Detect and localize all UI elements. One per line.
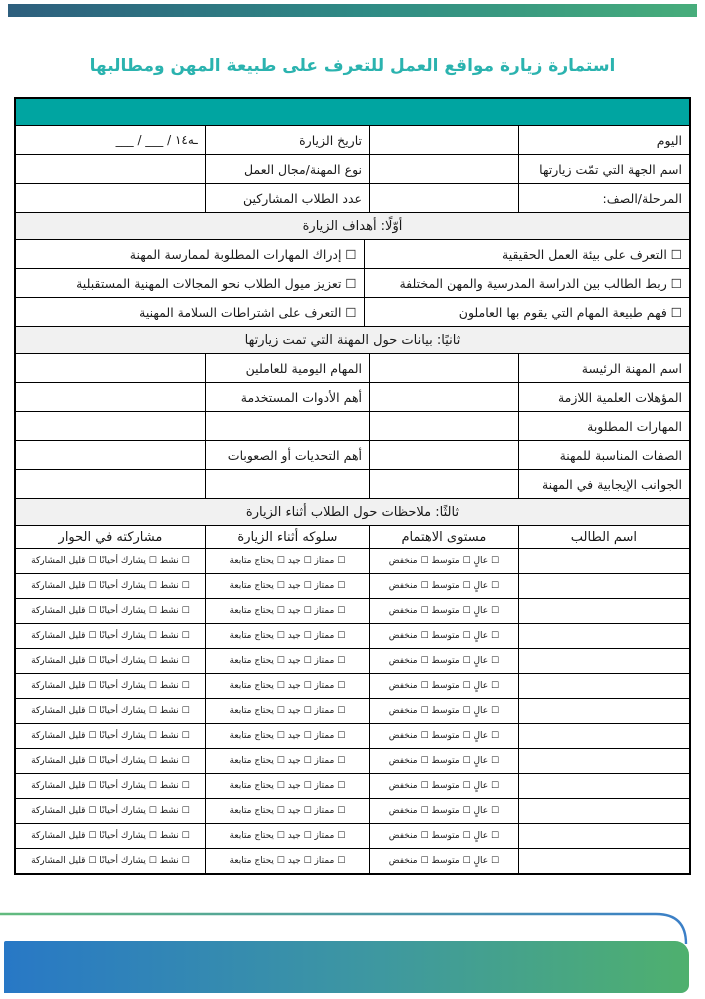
student-name-field[interactable] (519, 749, 689, 773)
form-table: اليوم تاريخ الزيارة ___ / ___ / ١٤هـ اسم… (14, 97, 691, 875)
behavior-options-cell[interactable]: ☐ ممتاز ☐ جيد ☐ يحتاج متابعة (206, 674, 370, 698)
day-value-field[interactable] (370, 126, 519, 154)
interest-options-cell[interactable]: ☐ عالٍ ☐ متوسط ☐ منخفض (370, 599, 519, 623)
profession-row-4: الصفات المناسبة للمهنة أهم التحديات أو ا… (16, 440, 689, 469)
page-title: استمارة زيارة مواقع العمل للتعرف على طبي… (0, 56, 705, 76)
student-name-field[interactable] (519, 849, 689, 873)
participation-options-cell[interactable]: ☐ نشط ☐ يشارك أحيانًا ☐ قليل المشاركة (16, 624, 206, 648)
student-row: ☐ عالٍ ☐ متوسط ☐ منخفض ☐ ممتاز ☐ جيد ☐ ي… (16, 548, 689, 573)
behavior-options-cell[interactable]: ☐ ممتاز ☐ جيد ☐ يحتاج متابعة (206, 699, 370, 723)
interest-options-cell[interactable]: ☐ عالٍ ☐ متوسط ☐ منخفض (370, 574, 519, 598)
interest-options-cell[interactable]: ☐ عالٍ ☐ متوسط ☐ منخفض (370, 774, 519, 798)
student-row: ☐ عالٍ ☐ متوسط ☐ منخفض ☐ ممتاز ☐ جيد ☐ ي… (16, 598, 689, 623)
info-row-entity-profession: اسم الجهة التي تمّت زيارتها نوع المهنة/م… (16, 154, 689, 183)
participation-options-cell[interactable]: ☐ نشط ☐ يشارك أحيانًا ☐ قليل المشاركة (16, 849, 206, 873)
student-row: ☐ عالٍ ☐ متوسط ☐ منخفض ☐ ممتاز ☐ جيد ☐ ي… (16, 848, 689, 873)
behavior-options-cell[interactable]: ☐ ممتاز ☐ جيد ☐ يحتاج متابعة (206, 649, 370, 673)
student-row: ☐ عالٍ ☐ متوسط ☐ منخفض ☐ ممتاز ☐ جيد ☐ ي… (16, 748, 689, 773)
profession-row-5: الجوانب الإيجابية في المهنة (16, 469, 689, 498)
section-header-profession-data: ثانيًا: بيانات حول المهنة التي تمت زيارت… (16, 326, 689, 353)
behavior-options-cell[interactable]: ☐ ممتاز ☐ جيد ☐ يحتاج متابعة (206, 624, 370, 648)
behavior-header: سلوكه أثناء الزيارة (206, 526, 370, 548)
participation-options-cell[interactable]: ☐ نشط ☐ يشارك أحيانًا ☐ قليل المشاركة (16, 824, 206, 848)
interest-level-header: مستوى الاهتمام (370, 526, 519, 548)
challenges-label: أهم التحديات أو الصعوبات (206, 441, 370, 469)
behavior-options-cell[interactable]: ☐ ممتاز ☐ جيد ☐ يحتاج متابعة (206, 549, 370, 573)
behavior-options-cell[interactable]: ☐ ممتاز ☐ جيد ☐ يحتاج متابعة (206, 574, 370, 598)
daily-tasks-label: المهام اليومية للعاملين (206, 354, 370, 382)
empty-value-field[interactable] (16, 470, 206, 498)
interest-options-cell[interactable]: ☐ عالٍ ☐ متوسط ☐ منخفض (370, 674, 519, 698)
participation-options-cell[interactable]: ☐ نشط ☐ يشارك أحيانًا ☐ قليل المشاركة (16, 649, 206, 673)
participation-options-cell[interactable]: ☐ نشط ☐ يشارك أحيانًا ☐ قليل المشاركة (16, 574, 206, 598)
behavior-options-cell[interactable]: ☐ ممتاز ☐ جيد ☐ يحتاج متابعة (206, 724, 370, 748)
empty-value-field[interactable] (16, 412, 206, 440)
daily-tasks-field[interactable] (16, 354, 206, 382)
qualifications-field[interactable] (370, 383, 519, 411)
interest-options-cell[interactable]: ☐ عالٍ ☐ متوسط ☐ منخفض (370, 699, 519, 723)
student-name-field[interactable] (519, 624, 689, 648)
visit-date-label: تاريخ الزيارة (206, 126, 370, 154)
tools-field[interactable] (16, 383, 206, 411)
student-name-field[interactable] (519, 574, 689, 598)
interest-options-cell[interactable]: ☐ عالٍ ☐ متوسط ☐ منخفض (370, 724, 519, 748)
participation-options-cell[interactable]: ☐ نشط ☐ يشارك أحيانًا ☐ قليل المشاركة (16, 599, 206, 623)
footer-gradient-bar (4, 941, 689, 993)
student-name-field[interactable] (519, 824, 689, 848)
qualifications-label: المؤهلات العلمية اللازمة (519, 383, 689, 411)
student-name-field[interactable] (519, 549, 689, 573)
student-name-field[interactable] (519, 649, 689, 673)
behavior-options-cell[interactable]: ☐ ممتاز ☐ جيد ☐ يحتاج متابعة (206, 749, 370, 773)
suitable-traits-label: الصفات المناسبة للمهنة (519, 441, 689, 469)
interest-options-cell[interactable]: ☐ عالٍ ☐ متوسط ☐ منخفض (370, 649, 519, 673)
participation-options-cell[interactable]: ☐ نشط ☐ يشارك أحيانًا ☐ قليل المشاركة (16, 549, 206, 573)
profession-row-3: المهارات المطلوبة (16, 411, 689, 440)
student-name-field[interactable] (519, 774, 689, 798)
behavior-options-cell[interactable]: ☐ ممتاز ☐ جيد ☐ يحتاج متابعة (206, 774, 370, 798)
empty-label-cell (206, 412, 370, 440)
participation-options-cell[interactable]: ☐ نشط ☐ يشارك أحيانًا ☐ قليل المشاركة (16, 674, 206, 698)
profession-type-field[interactable] (16, 155, 206, 183)
info-row-day-date: اليوم تاريخ الزيارة ___ / ___ / ١٤هـ (16, 125, 689, 154)
visit-date-field[interactable]: ___ / ___ / ١٤هـ (16, 126, 206, 154)
participants-count-label: عدد الطلاب المشاركين (206, 184, 370, 212)
main-profession-field[interactable] (370, 354, 519, 382)
students-rows: ☐ عالٍ ☐ متوسط ☐ منخفض ☐ ممتاز ☐ جيد ☐ ي… (16, 548, 689, 873)
participation-options-cell[interactable]: ☐ نشط ☐ يشارك أحيانًا ☐ قليل المشاركة (16, 799, 206, 823)
goal-option-link-study-professions[interactable]: ☐ ربط الطالب بين الدراسة المدرسية والمهن… (365, 269, 689, 297)
required-skills-label: المهارات المطلوبة (519, 412, 689, 440)
goal-option-required-skills[interactable]: ☐ إدراك المهارات المطلوبة لممارسة المهنة (16, 240, 365, 268)
behavior-options-cell[interactable]: ☐ ممتاز ☐ جيد ☐ يحتاج متابعة (206, 799, 370, 823)
tools-label: أهم الأدوات المستخدمة (206, 383, 370, 411)
section-header-student-notes: ثالثًا: ملاحظات حول الطلاب أثناء الزيارة (16, 498, 689, 525)
goal-option-work-environment[interactable]: ☐ التعرف على بيئة العمل الحقيقية (365, 240, 689, 268)
positive-aspects-field[interactable] (370, 470, 519, 498)
visited-entity-label: اسم الجهة التي تمّت زيارتها (519, 155, 689, 183)
student-row: ☐ عالٍ ☐ متوسط ☐ منخفض ☐ ممتاز ☐ جيد ☐ ي… (16, 823, 689, 848)
goals-row-1: ☐ التعرف على بيئة العمل الحقيقية ☐ إدراك… (16, 239, 689, 268)
student-row: ☐ عالٍ ☐ متوسط ☐ منخفض ☐ ممتاز ☐ جيد ☐ ي… (16, 673, 689, 698)
interest-options-cell[interactable]: ☐ عالٍ ☐ متوسط ☐ منخفض (370, 749, 519, 773)
interest-options-cell[interactable]: ☐ عالٍ ☐ متوسط ☐ منخفض (370, 849, 519, 873)
goals-row-2: ☐ ربط الطالب بين الدراسة المدرسية والمهن… (16, 268, 689, 297)
student-row: ☐ عالٍ ☐ متوسط ☐ منخفض ☐ ممتاز ☐ جيد ☐ ي… (16, 723, 689, 748)
profession-row-1: اسم المهنة الرئيسة المهام اليومية للعامل… (16, 353, 689, 382)
interest-options-cell[interactable]: ☐ عالٍ ☐ متوسط ☐ منخفض (370, 624, 519, 648)
goal-option-future-fields[interactable]: ☐ تعزيز ميول الطلاب نحو المجالات المهنية… (16, 269, 365, 297)
required-skills-field[interactable] (370, 412, 519, 440)
student-name-field[interactable] (519, 674, 689, 698)
participation-options-cell[interactable]: ☐ نشط ☐ يشارك أحيانًا ☐ قليل المشاركة (16, 749, 206, 773)
day-label: اليوم (519, 126, 689, 154)
student-row: ☐ عالٍ ☐ متوسط ☐ منخفض ☐ ممتاز ☐ جيد ☐ ي… (16, 773, 689, 798)
student-name-field[interactable] (519, 799, 689, 823)
grade-field[interactable] (370, 184, 519, 212)
empty-label-cell (206, 470, 370, 498)
hijri-date-placeholder: ___ / ___ / ١٤هـ (116, 133, 198, 147)
behavior-options-cell[interactable]: ☐ ممتاز ☐ جيد ☐ يحتاج متابعة (206, 849, 370, 873)
participants-count-field[interactable] (16, 184, 206, 212)
interest-options-cell[interactable]: ☐ عالٍ ☐ متوسط ☐ منخفض (370, 824, 519, 848)
student-name-field[interactable] (519, 699, 689, 723)
main-profession-label: اسم المهنة الرئيسة (519, 354, 689, 382)
positive-aspects-label: الجوانب الإيجابية في المهنة (519, 470, 689, 498)
visited-entity-field[interactable] (370, 155, 519, 183)
goals-row-3: ☐ فهم طبيعة المهام التي يقوم بها العاملو… (16, 297, 689, 326)
goal-option-safety-requirements[interactable]: ☐ التعرف على اشتراطات السلامة المهنية (16, 298, 365, 326)
student-name-header: اسم الطالب (519, 526, 689, 548)
top-accent-bar (8, 4, 697, 17)
behavior-options-cell[interactable]: ☐ ممتاز ☐ جيد ☐ يحتاج متابعة (206, 824, 370, 848)
student-row: ☐ عالٍ ☐ متوسط ☐ منخفض ☐ ممتاز ☐ جيد ☐ ي… (16, 623, 689, 648)
interest-options-cell[interactable]: ☐ عالٍ ☐ متوسط ☐ منخفض (370, 549, 519, 573)
participation-header: مشاركته في الحوار (16, 526, 206, 548)
student-row: ☐ عالٍ ☐ متوسط ☐ منخفض ☐ ممتاز ☐ جيد ☐ ي… (16, 648, 689, 673)
profession-row-2: المؤهلات العلمية اللازمة أهم الأدوات الم… (16, 382, 689, 411)
behavior-options-cell[interactable]: ☐ ممتاز ☐ جيد ☐ يحتاج متابعة (206, 599, 370, 623)
participation-options-cell[interactable]: ☐ نشط ☐ يشارك أحيانًا ☐ قليل المشاركة (16, 724, 206, 748)
student-name-field[interactable] (519, 599, 689, 623)
students-header-row: اسم الطالب مستوى الاهتمام سلوكه أثناء ال… (16, 525, 689, 548)
interest-options-cell[interactable]: ☐ عالٍ ☐ متوسط ☐ منخفض (370, 799, 519, 823)
goal-option-understand-tasks[interactable]: ☐ فهم طبيعة المهام التي يقوم بها العاملو… (365, 298, 689, 326)
student-row: ☐ عالٍ ☐ متوسط ☐ منخفض ☐ ممتاز ☐ جيد ☐ ي… (16, 573, 689, 598)
suitable-traits-field[interactable] (370, 441, 519, 469)
participation-options-cell[interactable]: ☐ نشط ☐ يشارك أحيانًا ☐ قليل المشاركة (16, 774, 206, 798)
table-header-band (16, 99, 689, 125)
student-row: ☐ عالٍ ☐ متوسط ☐ منخفض ☐ ممتاز ☐ جيد ☐ ي… (16, 798, 689, 823)
student-name-field[interactable] (519, 724, 689, 748)
grade-label: المرحلة/الصف: (519, 184, 689, 212)
student-row: ☐ عالٍ ☐ متوسط ☐ منخفض ☐ ممتاز ☐ جيد ☐ ي… (16, 698, 689, 723)
participation-options-cell[interactable]: ☐ نشط ☐ يشارك أحيانًا ☐ قليل المشاركة (16, 699, 206, 723)
section-header-goals: أوّلًا: أهداف الزيارة (16, 212, 689, 239)
profession-type-label: نوع المهنة/مجال العمل (206, 155, 370, 183)
info-row-grade-count: المرحلة/الصف: عدد الطلاب المشاركين (16, 183, 689, 212)
challenges-field[interactable] (16, 441, 206, 469)
